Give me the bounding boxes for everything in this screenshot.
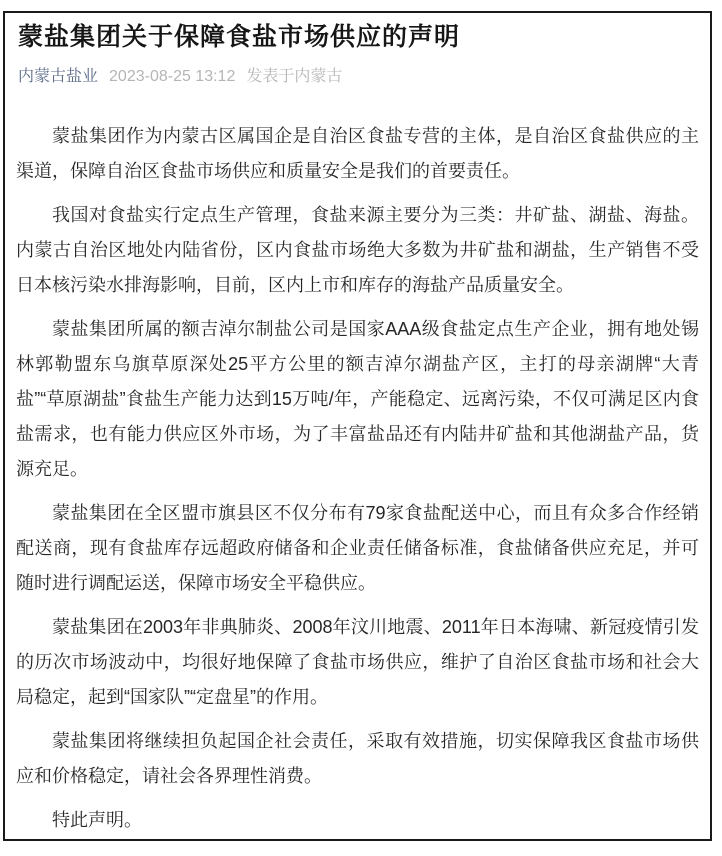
publish-location: 发表于内蒙古: [246, 66, 342, 88]
article-paragraph: 蒙盐集团作为内蒙古区属国企是自治区食盐专营的主体，是自治区食盐供应的主渠道，保障…: [16, 119, 699, 189]
article-paragraph: 蒙盐集团在全区盟市旗县区不仅分布有79家食盐配送中心，而且有众多合作经销配送商，…: [16, 496, 699, 601]
article-title: 蒙盐集团关于保障食盐市场供应的声明: [16, 21, 699, 53]
article-body: 蒙盐集团作为内蒙古区属国企是自治区食盐专营的主体，是自治区食盐供应的主渠道，保障…: [16, 119, 699, 838]
article-paragraph: 蒙盐集团将继续担负起国企社会责任，采取有效措施，切实保障我区食盐市场供应和价格稳…: [16, 724, 699, 794]
article-paragraph: 我国对食盐实行定点生产管理，食盐来源主要分为三类：井矿盐、湖盐、海盐。内蒙古自治…: [16, 198, 699, 303]
article-paragraph: 特此声明。: [16, 803, 699, 838]
byline: 内蒙古盐业 2023-08-25 13:12 发表于内蒙古: [16, 66, 699, 88]
publish-datetime: 2023-08-25 13:12: [109, 66, 235, 88]
account-name-link[interactable]: 内蒙古盐业: [18, 66, 98, 88]
article-frame: 蒙盐集团关于保障食盐市场供应的声明 内蒙古盐业 2023-08-25 13:12…: [3, 11, 712, 841]
article-paragraph: 蒙盐集团所属的额吉淖尔制盐公司是国家AAA级食盐定点生产企业，拥有地处锡林郭勒盟…: [16, 312, 699, 487]
page: { "article": { "title": "蒙盐集团关于保障食盐市场供应的…: [0, 0, 722, 856]
article-paragraph: 蒙盐集团在2003年非典肺炎、2008年汶川地震、2011年日本海啸、新冠疫情引…: [16, 610, 699, 715]
